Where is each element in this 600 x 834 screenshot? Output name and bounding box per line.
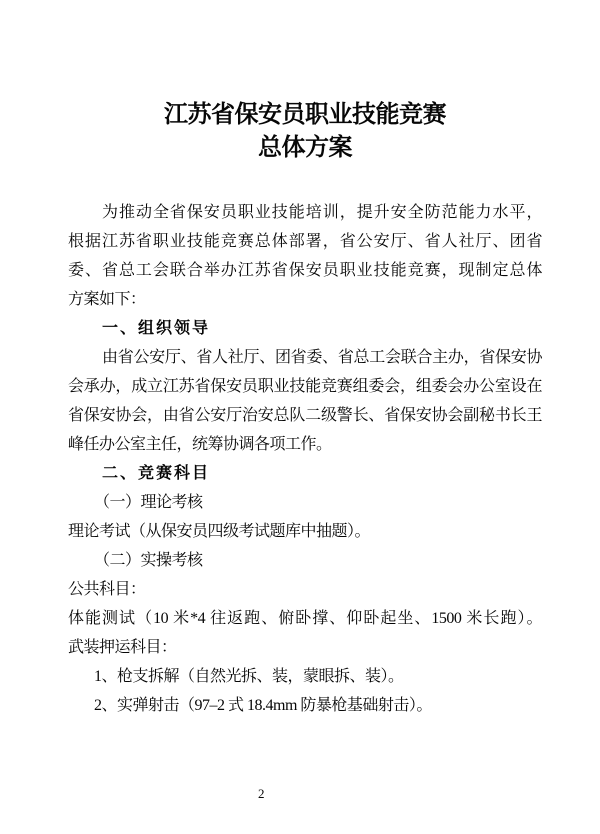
subsection-heading: （二）实操考核: [68, 546, 542, 575]
document-title-line-1: 江苏省保安员职业技能竞赛: [68, 99, 542, 132]
subsection-heading: （一）理论考核: [68, 488, 542, 517]
body-line: 武装押运科目：: [68, 633, 542, 662]
document-content: 江苏省保安员职业技能竞赛 总体方案 为推动全省保安员职业技能培训，提升安全防范能…: [0, 0, 600, 720]
body-line: 公共科目：: [68, 575, 542, 604]
body-line: 由省公安厅、省人社厅、团省委、省总工会联合主办，省保安协: [68, 343, 542, 372]
body-line: 体能测试（10 米*4 往返跑、俯卧撑、仰卧起坐、1500 米长跑）。: [68, 604, 542, 633]
section-heading: 二、竞赛科目: [68, 459, 542, 488]
body-line: 理论考试（从保安员四级考试题库中抽题）。: [68, 517, 542, 546]
body-line: 根据江苏省职业技能竞赛总体部署，省公安厅、省人社厅、团省: [68, 227, 542, 256]
body-line: 为推动全省保安员职业技能培训，提升安全防范能力水平，: [68, 198, 542, 227]
list-item: 1、枪支拆解（自然光拆、装，蒙眼拆、装）。: [68, 662, 542, 691]
body-line: 方案如下：: [68, 285, 542, 314]
body-line: 省保安协会，由省公安厅治安总队二级警长、省保安协会副秘书长王: [68, 401, 542, 430]
list-item: 2、实弹射击（97–2 式 18.4mm 防暴枪基础射击）。: [68, 691, 542, 720]
document-page: 江苏省保安员职业技能竞赛 总体方案 为推动全省保安员职业技能培训，提升安全防范能…: [0, 0, 600, 834]
body-line: 峰任办公室主任，统筹协调各项工作。: [68, 430, 542, 459]
section-heading: 一、组织领导: [68, 314, 542, 343]
body-line: 会承办，成立江苏省保安员职业技能竞赛组委会，组委会办公室设在: [68, 372, 542, 401]
page-number: 2: [258, 786, 265, 801]
document-body: 为推动全省保安员职业技能培训，提升安全防范能力水平， 根据江苏省职业技能竞赛总体…: [68, 198, 542, 720]
document-title-block: 江苏省保安员职业技能竞赛 总体方案: [68, 0, 542, 165]
document-title-line-2: 总体方案: [68, 132, 542, 165]
body-line: 委、省总工会联合举办江苏省保安员职业技能竞赛，现制定总体: [68, 256, 542, 285]
